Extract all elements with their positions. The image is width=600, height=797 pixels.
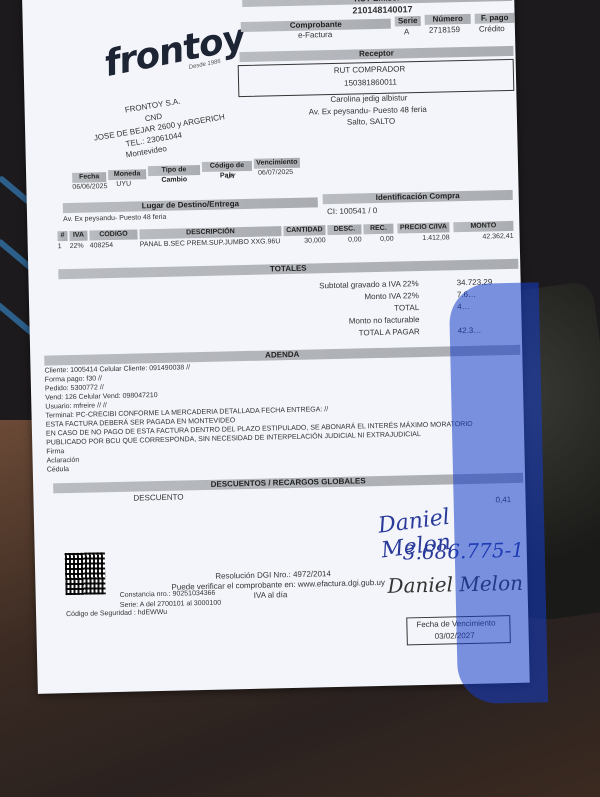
frontoy-logo: frontoy [101,17,248,85]
receptor-city: Salto, SALTO [347,117,395,127]
comprobante-value: e-Factura [298,30,332,40]
fecha-value: 06/06/2025 [72,183,107,191]
fpago-label: F. pago [475,13,515,24]
vencimiento-label: Vencimiento [254,158,300,169]
tipo-cambio-label: Tipo de Cambio [148,165,200,176]
column-header: CODIGO [89,229,137,240]
fecha-label: Fecha [72,172,106,183]
moneda-label: Moneda [108,169,146,180]
column-header: DESC. [327,224,361,235]
moneda-value: UYU [116,181,131,188]
rut-comprador-value: 150381860011 [344,78,397,88]
table-cell: 42.362,41 [454,233,514,241]
hand-shadow [449,282,549,704]
no-facturable-label: Monto no facturable [309,315,419,326]
adenda-label: ADENDA [44,345,520,366]
descuento-item-label: DESCUENTO [133,492,183,502]
adenda-line: Usuario: mfreire // // [45,402,107,410]
serie-value: A [404,27,410,36]
column-header: REC. [363,224,393,235]
issuer-company: FRONTOY S.A. [124,97,181,115]
serie-label: Serie [395,16,421,27]
column-header: IVA [69,231,87,241]
total-pagar-label: TOTAL A PAGAR [310,327,420,338]
table-cell: PANAL B.SEC PREM.SUP.JUMBO XXG.96U [140,238,282,248]
identificacion-label: Identificación Compra [323,190,513,204]
column-header: MONTO [453,221,513,232]
table-cell: 22% [70,243,88,250]
column-header: # [57,231,67,241]
constancia-text: Constancia nro.: 90251034366 [120,590,216,599]
column-header: CANTIDAD [283,225,325,236]
rut-emisor-value: 210148140017 [352,4,412,15]
adenda-line: Vend: 126 Celular Vend: 098047210 [45,392,158,402]
column-header: PRECIO C/IVA [397,222,449,233]
serie-rango-text: Serie: A del 2700101 al 3000100 [120,600,221,609]
adenda-line: Firma [46,448,64,455]
destino-label: Lugar de Destino/Entrega [63,197,318,213]
adenda-line: Aclaración [47,457,80,465]
adenda-line: Cédula [47,466,69,474]
numero-label: Número [425,14,471,25]
numero-value: 2718159 [429,25,460,35]
destino-value: Av. Ex peysandu- Puesto 48 feria [63,214,166,223]
adenda-line: Forma pago: f30 // [45,375,102,383]
total-label: TOTAL [309,303,419,314]
iva-al-dia: IVA al día [254,590,288,600]
adenda-line: Cliente: 1005414 Celular Cliente: 091490… [44,364,190,374]
receptor-name: Carolina jedig albistur [330,93,407,104]
table-cell: 1 [58,243,68,250]
table-cell: 1.412,08 [398,234,450,242]
table-cell: 30,000 [284,237,326,245]
qr-code [65,552,106,595]
column-header: DESCRIPCIÓN [139,226,281,239]
codigo-pais-value: UY [226,173,236,180]
table-cell: 0,00 [328,236,362,244]
adenda-line: Pedido: 5300772 // [45,384,104,392]
vencimiento-value: 06/07/2025 [258,169,293,177]
codigo-pais-label: Código de País [202,161,252,172]
codigo-seguridad-text: Código de Seguridad : hdEWWu [66,609,167,618]
subtotal-label: Subtotal gravado a IVA 22% [309,279,419,290]
rut-comprador-label: RUT COMPRADOR [334,64,406,75]
table-cell: 0,00 [364,236,394,244]
totales-label: TOTALES [58,259,518,279]
invoice-sheet: frontoy Desde 1986 FRONTOY S.A. CND JOSE… [22,0,530,694]
iva-label: Monto IVA 22% [309,291,419,302]
fpago-value: Crédito [479,24,505,34]
identificacion-value: CI: 100541 / 0 [327,206,377,216]
table-cell: 408254 [90,241,138,249]
receptor-address: Av. Ex peysandu- Puesto 48 feria [309,105,427,117]
